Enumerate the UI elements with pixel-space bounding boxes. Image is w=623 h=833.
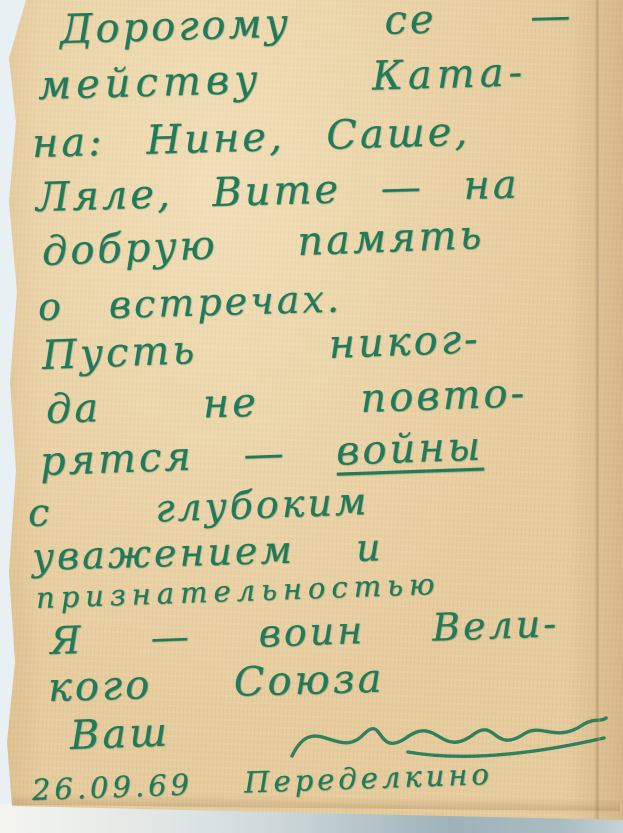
underlined-word: войны: [335, 424, 484, 475]
scanned-handwritten-note: { "letter": { "language": "Russian", "in…: [0, 0, 623, 833]
handwritten-line: Дорогому се —: [59, 0, 573, 50]
handwritten-line: мейству Ката-: [37, 52, 527, 106]
handwritten-line: рятся — войны: [39, 427, 484, 482]
handwritten-line: о встречах.: [37, 280, 342, 326]
handwritten-line: да не повто-: [45, 373, 527, 430]
handwritten-line: Я — воин Вели-: [49, 604, 559, 660]
handwritten-line: добрую память: [41, 215, 485, 272]
handwritten-line: с глубоким: [27, 482, 370, 532]
handwritten-line: на: Нине, Саше,: [31, 112, 470, 164]
handwritten-line: Пусть никог-: [41, 319, 481, 376]
handwritten-line: уважением и: [31, 528, 383, 576]
page-crease: [595, 0, 600, 822]
paper-card: Дорогому се — мейству Ката- на: Нине, Са…: [0, 0, 623, 833]
handwritten-line: Ляле, Вите — на: [35, 164, 520, 217]
handwritten-line: Ваш: [69, 713, 170, 756]
line-text: рятся —: [39, 429, 337, 485]
